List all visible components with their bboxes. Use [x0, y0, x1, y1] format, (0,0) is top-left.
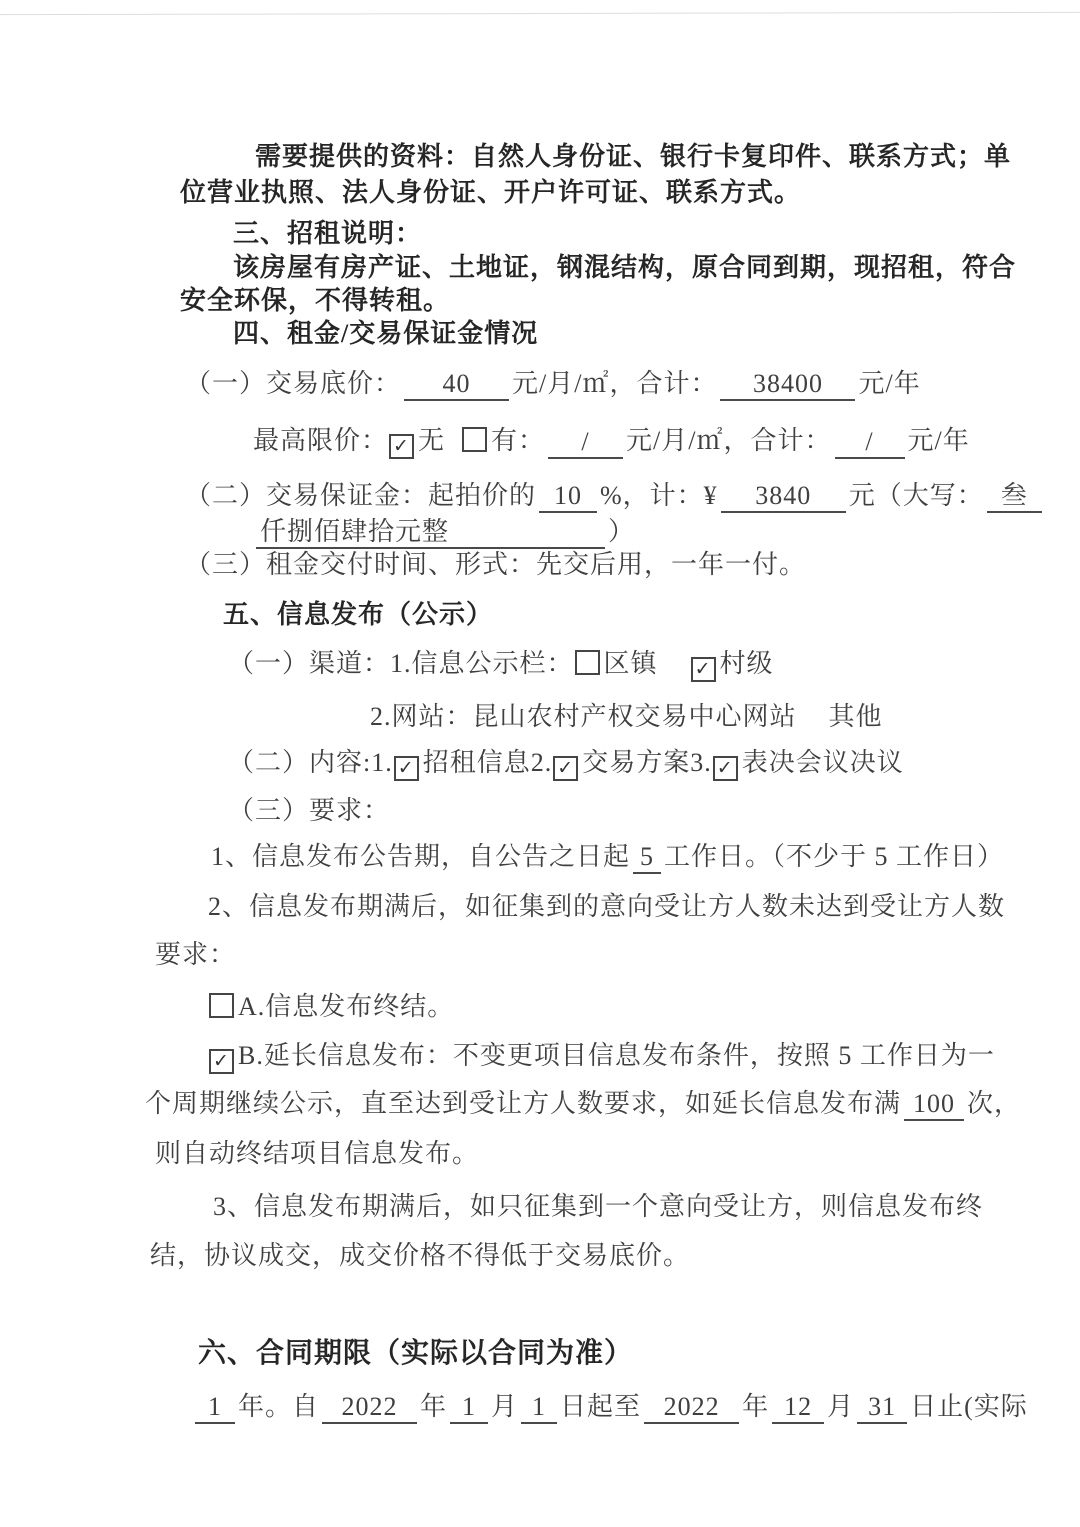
max-price-none-label: 无 [418, 426, 445, 455]
max-price-total-value: / [835, 427, 905, 459]
term-start-month: 1 [450, 1392, 488, 1424]
term-text-5: 年 [742, 1392, 769, 1421]
base-price-line: （一）交易底价：40元/月/㎡，合计：38400元/年 [185, 367, 921, 401]
checkbox-max-price-none: ✓ [389, 434, 414, 459]
content-num-2: 2. [531, 748, 553, 777]
term-start-day: 1 [521, 1392, 557, 1424]
max-price-label: 最高限价： [253, 426, 388, 455]
max-price-unit: 元/月/㎡，合计： [626, 426, 831, 455]
deposit-caps-line: 仟捌佰肆拾元整） [253, 515, 635, 549]
term-text-7: 日止(实际 [910, 1392, 1028, 1421]
section5-heading: 五、信息发布（公示） [223, 598, 493, 632]
term-years-value: 1 [195, 1392, 235, 1424]
materials-line-1: 需要提供的资料：自然人身份证、银行卡复印件、联系方式；单 [255, 140, 1011, 174]
deposit-caps-close: ） [608, 517, 635, 546]
website-line: 2.网站：昆山农村产权交易中心网站其他 [370, 700, 883, 734]
base-price-total-unit: 元/年 [858, 369, 920, 398]
content-line: （二）内容:1.✓招租信息2.✓交易方案3.✓表决会议决议 [228, 746, 904, 781]
content-num-3: 3. [690, 748, 712, 777]
channel-line: （一）渠道：1.信息公示栏：区镇✓村级 [228, 647, 774, 682]
requirement-2-line-2: 要求： [155, 938, 236, 972]
term-text-3: 月 [491, 1392, 518, 1421]
deposit-caps-tail: 仟捌佰肆拾元整 [256, 517, 605, 549]
deposit-line: （二）交易保证金：起拍价的10%，计：¥3840元（大写：叁 [185, 479, 1045, 513]
checkbox-deal-plan: ✓ [553, 756, 578, 781]
rent-payment-line: （三）租金交付时间、形式：先交后用，一年一付。 [185, 548, 806, 582]
option-b-tag: B. [238, 1041, 264, 1070]
materials-line-2: 位营业执照、法人身份证、开户许可证、联系方式。 [180, 176, 801, 210]
option-b-line-1: ✓B.延长信息发布：不变更项目信息发布条件，按照 5 工作日为一 [208, 1039, 995, 1074]
req1-pre: 1、信息发布公告期，自公告之日起 [211, 842, 630, 871]
channel-district-label: 区镇 [604, 649, 658, 678]
base-price-total-value: 38400 [720, 369, 855, 401]
section6-heading: 六、合同期限（实际以合同为准） [198, 1337, 633, 1371]
deposit-amount-value: 3840 [721, 481, 846, 513]
requirement-3-line-2: 结，协议成交，成交价格不得低于交易底价。 [150, 1239, 690, 1273]
deposit-mid-2: 元（大写： [849, 481, 984, 510]
term-end-month: 12 [772, 1392, 824, 1424]
max-price-line: 最高限价：✓无有：/元/月/㎡，合计：/元/年 [253, 424, 970, 459]
section3-heading: 三、招租说明： [233, 217, 422, 251]
requirements-heading: （三）要求： [228, 794, 390, 828]
base-price-unit: 元/月/㎡，合计： [512, 369, 717, 398]
deposit-percent-value: 10 [539, 481, 597, 513]
deposit-mid-1: %，计：¥ [600, 481, 718, 510]
term-text-2: 年 [420, 1392, 447, 1421]
max-price-has-label: 有： [491, 426, 545, 455]
term-text-6: 月 [827, 1392, 854, 1421]
section4-heading: 四、租金/交易保证金情况 [233, 317, 538, 351]
option-a-text: 信息发布终结。 [265, 992, 454, 1021]
content-option-3: 表决会议决议 [742, 748, 904, 777]
req1-post: 工作日。（不少于 5 工作日） [664, 842, 1004, 871]
contract-term-line: 1年。自2022年1月1日起至2022年12月31日止(实际 [192, 1390, 1028, 1424]
checkbox-max-price-has [462, 427, 487, 452]
option-b-text-2: 个周期继续公示，直至达到受让方人数要求，如延长信息发布满 [145, 1089, 901, 1118]
option-b-text-1: 延长信息发布：不变更项目信息发布条件，按照 5 工作日为一 [264, 1041, 995, 1070]
requirement-3-line-1: 3、信息发布期满后，如只征集到一个意向受让方，则信息发布终 [213, 1190, 983, 1224]
content-label: （二）内容:1. [228, 748, 393, 777]
checkbox-district [575, 650, 600, 675]
deposit-label: （二）交易保证金：起拍价的 [185, 481, 536, 510]
term-start-year: 2022 [322, 1392, 417, 1424]
option-b-times-value: 100 [904, 1089, 964, 1121]
req1-days-value: 5 [633, 842, 661, 874]
section3-body-line-1: 该房屋有房产证、土地证，钢混结构，原合同到期，现招租，符合 [233, 251, 1016, 285]
channel-village-label: 村级 [720, 649, 774, 678]
term-end-year: 2022 [644, 1392, 739, 1424]
website-label: 2.网站：昆山农村产权交易中心网站 [370, 702, 797, 731]
deposit-caps-head: 叁 [987, 481, 1042, 513]
checkbox-option-a [209, 993, 234, 1018]
checkbox-rental-info: ✓ [394, 756, 419, 781]
option-a-line: A.信息发布终结。 [208, 990, 454, 1024]
channel-label: （一）渠道：1.信息公示栏： [228, 649, 574, 678]
option-b-line-3: 则自动终结项目信息发布。 [155, 1137, 479, 1171]
base-price-label: （一）交易底价： [185, 369, 401, 398]
max-price-value: / [548, 427, 623, 459]
checkbox-vote-resolution: ✓ [713, 756, 738, 781]
base-price-value: 40 [404, 369, 509, 401]
checkbox-village: ✓ [691, 657, 716, 682]
content-option-2: 交易方案 [582, 748, 690, 777]
option-a-tag: A. [238, 992, 265, 1021]
website-other-label: 其他 [829, 702, 883, 731]
scanned-document-page: 需要提供的资料：自然人身份证、银行卡复印件、联系方式；单 位营业执照、法人身份证… [0, 0, 1080, 1527]
section3-body-line-2: 安全环保，不得转租。 [180, 284, 450, 318]
term-text-4: 日起至 [560, 1392, 641, 1421]
term-text-1: 年。自 [238, 1392, 319, 1421]
requirement-2-line-1: 2、信息发布期满后，如征集到的意向受让方人数未达到受让方人数 [208, 890, 1005, 924]
option-b-text-3: 次， [967, 1089, 1021, 1118]
scan-artifact-line [0, 12, 1080, 15]
term-end-day: 31 [857, 1392, 907, 1424]
requirement-1-line: 1、信息发布公告期，自公告之日起5工作日。（不少于 5 工作日） [211, 840, 1004, 874]
option-b-line-2: 个周期继续公示，直至达到受让方人数要求，如延长信息发布满100次， [145, 1087, 1021, 1121]
content-option-1: 招租信息 [423, 748, 531, 777]
checkbox-option-b: ✓ [209, 1049, 234, 1074]
max-price-total-unit: 元/年 [908, 426, 970, 455]
